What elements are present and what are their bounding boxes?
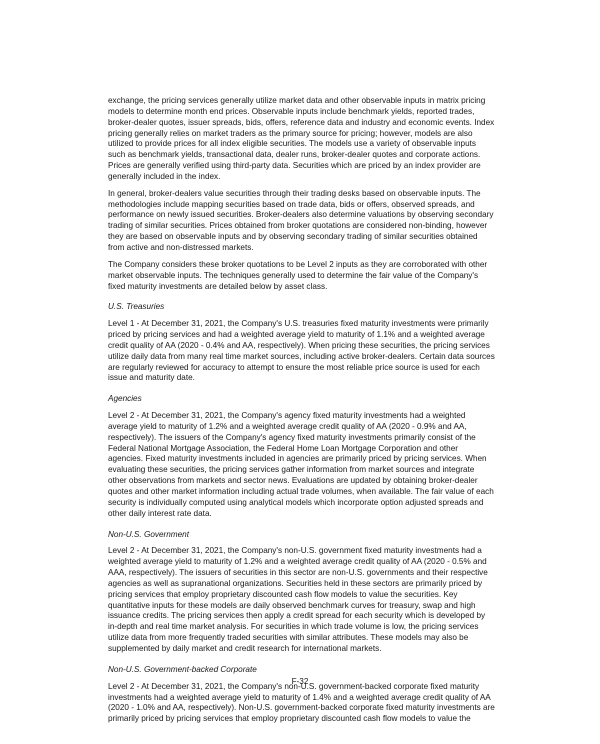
section-heading-non-us-government: Non-U.S. Government: [108, 530, 495, 541]
page-number: F-32: [0, 677, 600, 686]
paragraph-pricing-services: exchange, the pricing services generally…: [108, 96, 495, 183]
section-body-agencies: Level 2 - At December 31, 2021, the Comp…: [108, 411, 495, 519]
paragraph-broker-dealers: In general, broker-dealers value securit…: [108, 189, 495, 254]
paragraph-level2-inputs: The Company considers these broker quota…: [108, 260, 495, 293]
section-heading-agencies: Agencies: [108, 394, 495, 405]
section-body-us-treasuries: Level 1 - At December 31, 2021, the Comp…: [108, 319, 495, 384]
section-heading-us-treasuries: U.S. Treasuries: [108, 302, 495, 313]
document-page: exchange, the pricing services generally…: [108, 96, 495, 731]
section-heading-non-us-govt-backed-corporate: Non-U.S. Government-backed Corporate: [108, 665, 495, 676]
section-body-non-us-government: Level 2 - At December 31, 2021, the Comp…: [108, 546, 495, 654]
section-body-non-us-govt-backed-corporate: Level 2 - At December 31, 2021, the Comp…: [108, 682, 495, 725]
